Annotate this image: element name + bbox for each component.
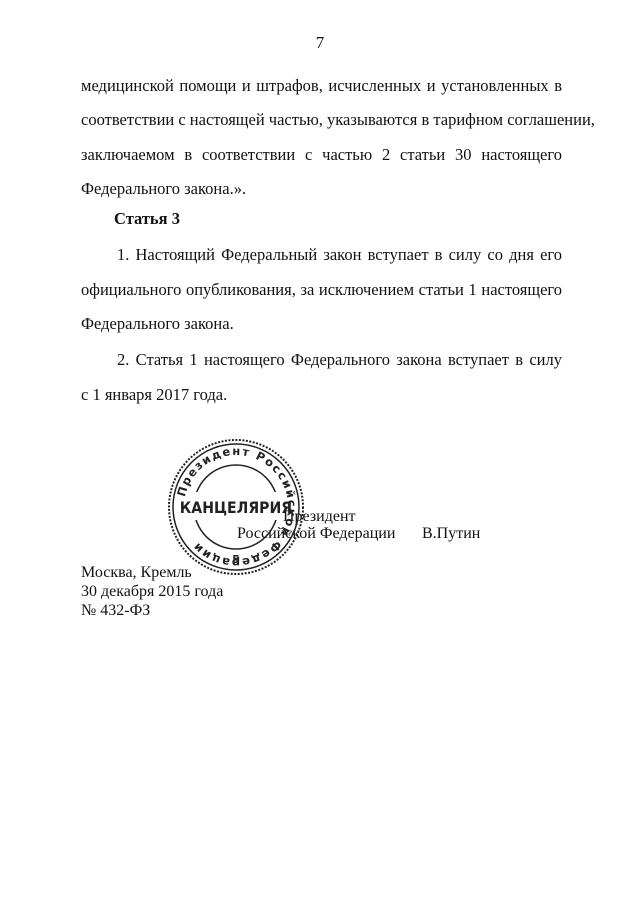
text-line: заключаемом в соответствии с частью 2 ст… (81, 145, 562, 165)
svg-text:5: 5 (232, 553, 240, 566)
text-line: соответствии с настоящей частью, указыва… (81, 110, 562, 130)
official-stamp-icon: Президент Российской Федерации КАНЦЕЛЯРИ… (166, 437, 306, 577)
signing-place: Москва, Кремль (81, 564, 192, 582)
text-line: Федерального закона. (81, 314, 562, 334)
article-heading: Статья 3 (114, 209, 180, 229)
signing-date: 30 декабря 2015 года (81, 583, 223, 601)
text-line: медицинской помощи и штрафов, исчисленны… (81, 76, 562, 96)
svg-text:КАНЦЕЛЯРИЯ: КАНЦЕЛЯРИЯ (180, 498, 292, 517)
text-line: 2. Статья 1 настоящего Федерального зако… (117, 350, 562, 370)
law-number: № 432-ФЗ (81, 602, 150, 620)
text-line: с 1 января 2017 года. (81, 385, 562, 405)
text-line: официального опубликования, за исключени… (81, 280, 562, 300)
page-number: 7 (0, 33, 640, 53)
signature-name: В.Путин (422, 524, 480, 544)
text-line: 1. Настоящий Федеральный закон вступает … (117, 245, 562, 265)
text-line: Федерального закона.». (81, 179, 562, 199)
